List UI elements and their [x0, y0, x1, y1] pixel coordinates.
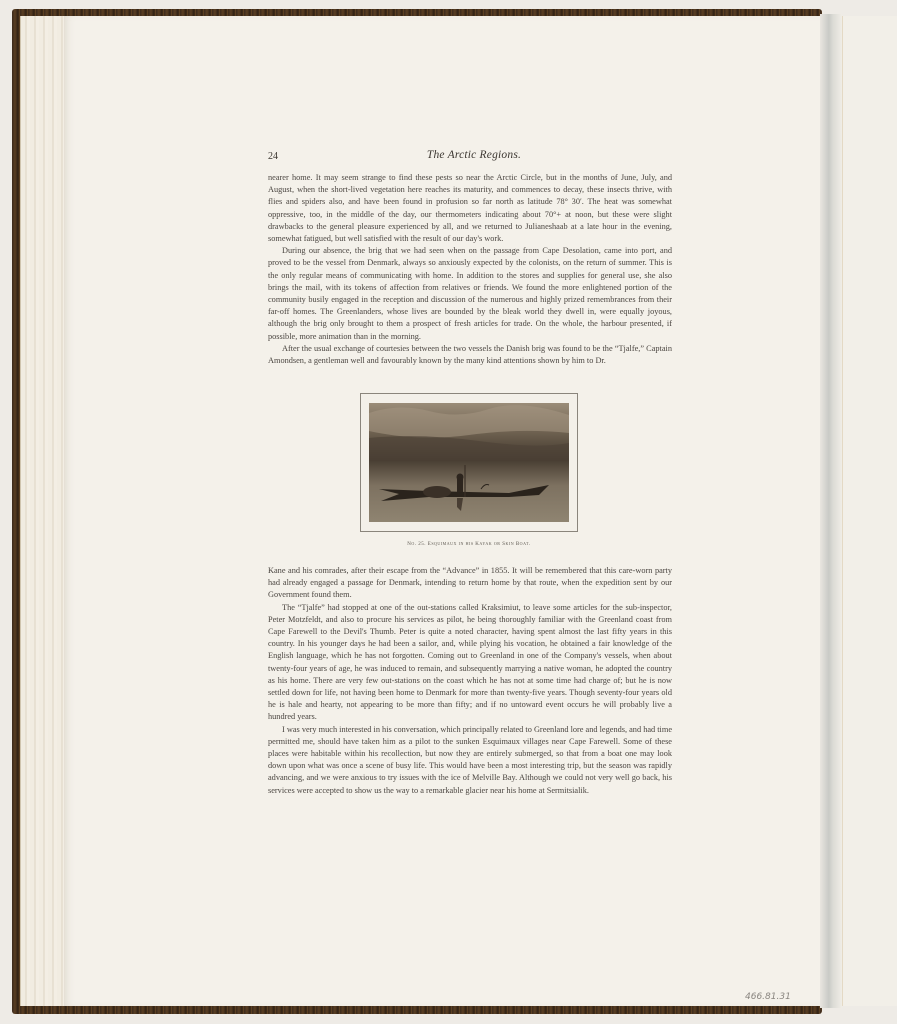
gutter-edge-right	[820, 14, 842, 1008]
kayak-photograph	[369, 403, 569, 522]
paragraph: nearer home. It may seem strange to find…	[268, 172, 672, 245]
facing-page-edge	[842, 16, 897, 1006]
paragraph: After the usual exchange of courtesies b…	[268, 343, 672, 367]
paragraph: During our absence, the brig that we had…	[268, 245, 672, 343]
running-head: 24 The Arctic Regions.	[268, 149, 680, 165]
body-text-top: nearer home. It may seem strange to find…	[268, 172, 672, 367]
paragraph: I was very much interested in his conver…	[268, 724, 672, 797]
body-text-bottom: Kane and his comrades, after their escap…	[268, 565, 672, 797]
paragraph: Kane and his comrades, after their escap…	[268, 565, 672, 602]
paragraph: The “Tjalfe” had stopped at one of the o…	[268, 602, 672, 724]
page-edges-left	[20, 16, 69, 1006]
accession-number: 466.81.31	[745, 992, 791, 1002]
kayak-image-icon	[369, 403, 569, 522]
plate-caption: No. 25. Esquimaux in his Kayak or Skin B…	[360, 541, 578, 547]
running-title: The Arctic Regions.	[268, 149, 680, 161]
